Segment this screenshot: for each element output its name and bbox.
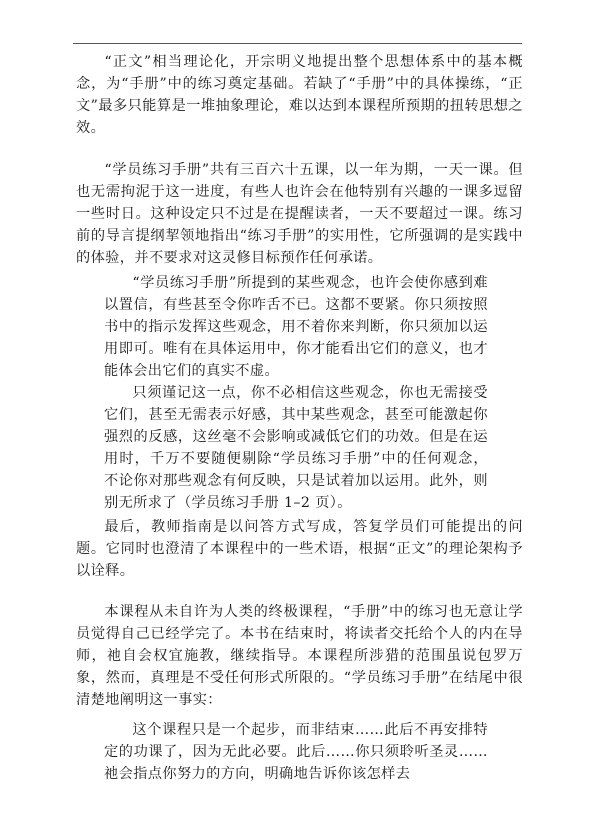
paragraph-workbook-lessons: “学员练习手册”共有三百六十五课，以一年为期，一天一课。但也无需拘泥于这一进度，… (76, 159, 523, 269)
header-rule (73, 43, 522, 44)
paragraph-text-workbook-intro: “正文”相当理论化，开宗明义地提出整个思想体系中的基本概念，为“手册”中的练习奠… (76, 51, 523, 139)
quote-paragraph: “学员练习手册”所提到的某些观念，也许会使你感到难以置信，有些甚至令你咋舌不已。… (104, 272, 488, 382)
quote-paragraph: 这个课程只是一个起步，而非结束……此后不再安排特定的功课了，因为无此必要。此后…… (104, 719, 488, 785)
quote-paragraph: 只须谨记这一点，你不必相信这些观念，你也无需接受它们，甚至无需表示好感，其中某些… (104, 382, 488, 514)
block-quote-conclusion: 这个课程只是一个起步，而非结束……此后不再安排特定的功课了，因为无此必要。此后…… (104, 719, 488, 785)
paragraph-teachers-manual: 最后，教师指南是以问答方式写成，答复学员们可能提出的问题。它同时也澄清了本课程中… (76, 516, 523, 582)
block-quote-workbook: “学员练习手册”所提到的某些观念，也许会使你感到难以置信，有些甚至令你咋舌不已。… (104, 272, 488, 514)
paragraph-course-conclusion: 本课程从未自许为人类的终极课程，“手册”中的练习也无意让学员觉得自己已经学完了。… (76, 601, 523, 711)
